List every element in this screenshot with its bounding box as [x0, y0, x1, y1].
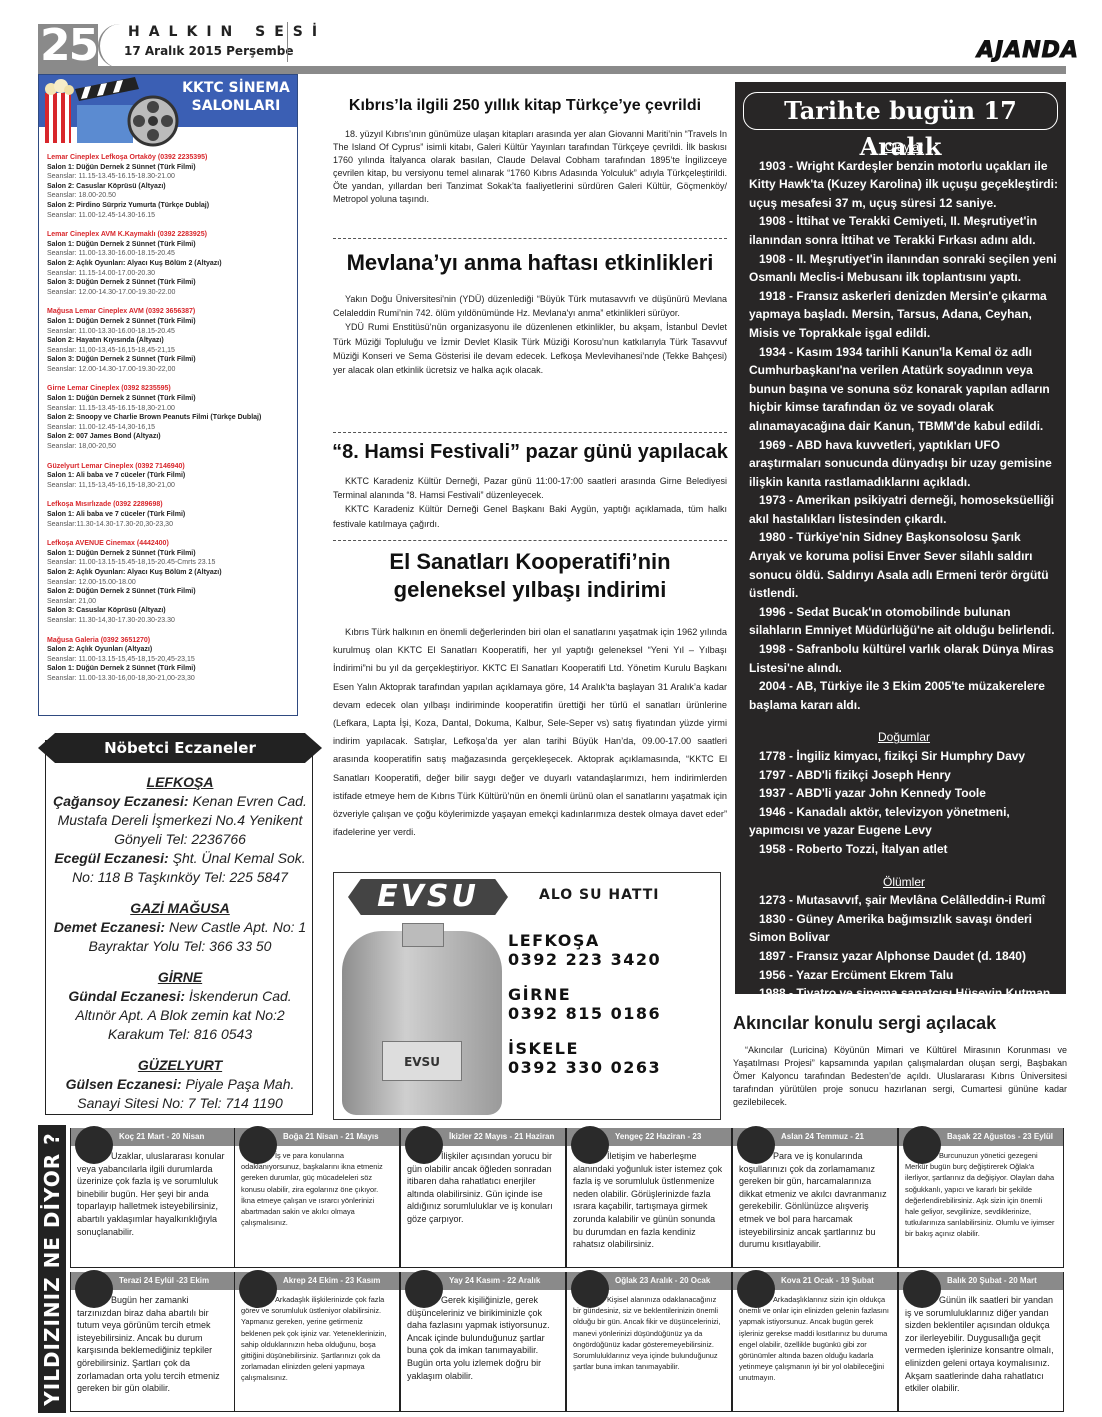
book-body: 18. yüzyıl Kıbrıs’ının günümüze ulaşan k… [333, 128, 727, 206]
pharmacy-entry: Gülsen Eczanesi: Piyale Paşa Mah. Sanayi… [50, 1075, 310, 1113]
horoscope-card: Yengeç 22 Haziran - 23 Temmuzİletişim ve… [566, 1128, 732, 1268]
book-headline: Kıbrıs’la ilgili 250 yıllık kitap Türkçe… [320, 96, 730, 116]
theater-name: Mağusa Lemar Cineplex AVM (0392 3656387) [47, 307, 295, 317]
theater-name: Lemar Cineplex AVM K.Kaymaklı (0392 2283… [47, 230, 295, 240]
contact-phone: 0392 330 0263 [508, 1058, 661, 1077]
showtimes: Seanslar: 12.00-15.00-18.00 [47, 578, 295, 588]
screen-title: Salon 1: Düğün Dernek 2 Sünnet (Türk Fil… [47, 317, 295, 327]
history-item: 1934 - Kasım 1934 tarihli Kanun'la Kemal… [749, 343, 1059, 436]
history-item: 1998 - Safranbolu kültürel varlık olarak… [749, 640, 1059, 677]
ad-contact: İSKELE0392 330 0263 [508, 1039, 661, 1077]
akincilar-headline: Akıncılar konulu sergi açılacak [733, 1012, 996, 1034]
page-number: 25 [38, 24, 98, 68]
horoscope-card: Balık 20 Şubat - 20 MartGünün ilk saatle… [898, 1272, 1064, 1412]
paragraph: 18. yüzyıl Kıbrıs’ının günümüze ulaşan k… [333, 128, 727, 206]
bull-icon [239, 1126, 277, 1164]
screen-title: Salon 2: Düğün Dernek 2 Sünnet (Türk Fil… [47, 587, 295, 597]
sign-reading: Arkadaşlık ilişkilerinizde çok fazla gör… [241, 1295, 386, 1382]
paragraph: KKTC Karadeniz Kültür Derneği Genel Başk… [333, 502, 727, 530]
pharmacy-name: Gülsen Eczanesi: [66, 1076, 182, 1092]
archer-icon [405, 1270, 443, 1308]
showtimes: Seanslar: 11,00-13,45-16,15-18,45-21,15 [47, 346, 295, 356]
theater-name: Lefkoşa Mısırlızade (0392 2289698) [47, 500, 295, 510]
pharmacy-name: Çağansoy Eczanesi: [53, 793, 188, 809]
paragraph: KKTC Karadeniz Kültür Derneği, Pazar gün… [333, 474, 727, 502]
cinema-banner: KKTC SİNEMA SALONLARI [39, 75, 297, 127]
screen-title: Salon 1: Düğün Dernek 2 Sünnet (Türk Fil… [47, 240, 295, 250]
history-item: 1958 - Roberto Tozzi, İtalyan atlet [749, 840, 1059, 859]
sign-reading: Bugün her zamanki tarzınızdan biraz daha… [77, 1295, 220, 1393]
showtimes: Seanslar: 12.00-14.30-17.00-19.30-22,00 [47, 365, 295, 375]
pharmacy-box: Nöbetci Eczaneler LEFKOŞAÇağansoy Eczane… [45, 740, 313, 1115]
showtimes: Seanslar: 11.00-13.15-15,45-18,15-20,45-… [47, 655, 295, 665]
virgin-icon [903, 1126, 941, 1164]
horoscope-card: Boğa 21 Nisan - 21 Mayısİş ve para konul… [234, 1128, 400, 1268]
water-bearer-icon [737, 1270, 775, 1308]
divider [333, 432, 727, 433]
contact-city: GİRNE [508, 985, 661, 1004]
history-section-heading: Doğumlar [749, 728, 1059, 747]
screen-title: Salon 2: Açlık Oyunları (Altyazı) [47, 645, 295, 655]
paragraph: Yakın Doğu Üniversitesi'nin (YDÜ) düzenl… [333, 292, 727, 320]
screen-title: Salon 3: Düğün Dernek 2 Sünnet (Türk Fil… [47, 355, 295, 365]
popcorn-clapper-film-reel-icon [41, 71, 191, 147]
cinema-title: KKTC SİNEMA SALONLARI [181, 79, 291, 115]
history-item: 1946 - Kanadalı aktör, televizyon yönetm… [749, 803, 1059, 840]
cinema-listings: KKTC SİNEMA SALONLARI Lemar Cineplex Lef… [38, 74, 298, 716]
theater-block: Güzelyurt Lemar Cineplex (0392 7146940)S… [47, 462, 295, 491]
showtimes: Seanslar: 18.00-20.50 [47, 191, 295, 201]
contact-phone: 0392 223 3420 [508, 950, 661, 969]
pharmacy-entry: Çağansoy Eczanesi: Kenan Evren Cad. Must… [50, 792, 310, 849]
ad-contact: GİRNE0392 815 0186 [508, 985, 661, 1023]
paragraph: “Akıncılar (Luricina) Köyünün Mimari ve … [733, 1044, 1067, 1109]
showtimes: Seanslar:11.30-14.30-17.30-20,30-23,30 [47, 520, 295, 530]
pharmacy-city: GAZİ MAĞUSA [50, 899, 310, 918]
showtimes: Seanslar: 11.00-13.30-16.00-18.15-20.45 [47, 327, 295, 337]
history-item: 1937 - ABD'li yazar John Kennedy Toole [749, 784, 1059, 803]
horoscope-card: Yay 24 Kasım - 22 AralıkGerek kişiliğini… [400, 1272, 566, 1412]
history-list: Olaylar1903 - Wright Kardeşler benzin mo… [749, 138, 1059, 1003]
showtimes: Seanslar: 21,00 [47, 597, 295, 607]
showtimes: Seanslar: 11.00-13.15-15.45-18,15-20.45-… [47, 558, 295, 568]
crafts-headline: El Sanatları Kooperatifi’nin geleneksel … [330, 548, 730, 604]
hamsi-headline: “8. Hamsi Festivali” pazar günü yapılaca… [330, 440, 730, 464]
issue-date: 17 Aralık 2015 Perşembe [124, 44, 294, 58]
sign-reading: Gerek kişiliğinizle, gerek düşüncelerini… [407, 1295, 550, 1381]
theater-block: Lefkoşa Mısırlızade (0392 2289698)Salon … [47, 500, 295, 529]
pharmacy-entry: Ecegül Eczanesi: Şht. Ünal Kemal Sok. No… [50, 849, 310, 887]
history-title: Tarihte bugün 17 Aralık [743, 92, 1058, 130]
cinema-title-line2: SALONLARI [181, 97, 291, 115]
contact-city: İSKELE [508, 1039, 661, 1058]
theater-block: Mağusa Galeria (0392 3651270)Salon 2: Aç… [47, 636, 295, 684]
sign-reading: Arkadaşlıklarınız sizin için oldukça öne… [739, 1295, 889, 1382]
history-item: 2004 - AB, Türkiye ile 3 Ekim 2005'te mü… [749, 677, 1059, 714]
water-bottle-icon: EVSU [342, 931, 502, 1115]
sign-reading: Para ve iş konularında koşullarınızı çok… [739, 1151, 887, 1249]
history-item: 1830 - Güney Amerika bağımsızlık savaşı … [749, 910, 1059, 947]
header-bar [38, 66, 1066, 74]
history-section-heading: Olaylar [749, 138, 1059, 157]
horoscope-card: Kova 21 Ocak - 19 ŞubatArkadaşlıklarınız… [732, 1272, 898, 1412]
theater-name: Güzelyurt Lemar Cineplex (0392 7146940) [47, 462, 295, 472]
horoscope-card: Akrep 24 Ekim - 23 KasımArkadaşlık ilişk… [234, 1272, 400, 1412]
section-title: AJANDA [977, 38, 1079, 63]
ad-contact: LEFKOŞA0392 223 3420 [508, 931, 661, 969]
horoscope-card: Oğlak 23 Aralık - 20 OcakKişisel alanını… [566, 1272, 732, 1412]
cinema-title-line1: KKTC SİNEMA [181, 79, 291, 97]
showtimes: Seanslar: 11.00-13.30-16,00-18,30-21,00-… [47, 674, 295, 684]
scorpion-icon [239, 1270, 277, 1308]
sign-reading: İletişim ve haberleşme alanındaki yoğunl… [573, 1151, 722, 1249]
theater-block: Lefkoşa AVENUE Cinemax (4442400)Salon 1:… [47, 539, 295, 625]
theater-block: Mağusa Lemar Cineplex AVM (0392 3656387)… [47, 307, 295, 374]
screen-title: Salon 3: Düğün Dernek 2 Sünnet (Türk Fil… [47, 278, 295, 288]
theater-name: Lefkoşa AVENUE Cinemax (4442400) [47, 539, 295, 549]
showtimes: Seanslar: 11.30-14,30-17.30-20.30-23.30 [47, 616, 295, 626]
goat-icon [571, 1270, 609, 1308]
scales-icon [75, 1270, 113, 1308]
divider [333, 540, 727, 541]
horoscope-title: YILDIZINIZ NE DİYOR ? [40, 1132, 64, 1405]
headline-line: El Sanatları Kooperatifi’nin [330, 548, 730, 576]
ram-icon [75, 1126, 113, 1164]
history-item: 1797 - ABD'li fizikçi Joseph Henry [749, 766, 1059, 785]
divider [333, 238, 727, 239]
screen-title: Salon 2: Casuslar Köprüsü (Altyazı) [47, 182, 295, 192]
showtimes: Seanslar: 11.00-13.30-16.00-18.15-20.45 [47, 249, 295, 259]
history-item: 1996 - Sedat Bucak'ın otomobilinde bulun… [749, 603, 1059, 640]
history-item: 1897 - Fransız yazar Alphonse Daudet (d.… [749, 947, 1059, 966]
screen-title: Salon 2: 007 James Bond (Altyazı) [47, 432, 295, 442]
showtimes: Seanslar: 11,15-13,45-16,15-18,30-21,00 [47, 481, 295, 491]
akincilar-body: “Akıncılar (Luricina) Köyünün Mimari ve … [733, 1044, 1067, 1109]
paragraph: YDÜ Rumi Enstitüsü’nün organizasyonu ile… [333, 320, 727, 377]
showtimes: Seanslar: 11.15-14.00-17.00-20.30 [47, 269, 295, 279]
screen-title: Salon 1: Düğün Dernek 2 Sünnet (Türk Fil… [47, 163, 295, 173]
history-item: 1778 - İngiliz kimyacı, fizikçi Sir Hump… [749, 747, 1059, 766]
screen-title: Salon 2: Pirdino Sürpriz Yumurta (Türkçe… [47, 201, 295, 211]
screen-title: Salon 1: Ali baba ve 7 cüceler (Türk Fil… [47, 471, 295, 481]
history-item: 1956 - Yazar Ercüment Ekrem Talu [749, 966, 1059, 985]
showtimes: Seanslar: 11.00-12.45-14,30-16,15 [47, 423, 295, 433]
mevlana-headline: Mevlana’yı anma haftası etkinlikleri [330, 250, 730, 276]
twins-icon [405, 1126, 443, 1164]
contact-phone: 0392 815 0186 [508, 1004, 661, 1023]
contact-city: LEFKOŞA [508, 931, 661, 950]
horoscope-card: Koç 21 Mart - 20 NisanUzaklar, uluslarar… [70, 1128, 236, 1268]
bottle-label: EVSU [382, 1041, 462, 1081]
history-item: 1908 - II. Meşrutiyet'in ilanından sonra… [749, 250, 1059, 287]
showtimes: Seanslar: 11.00-12.45-14.30-16.15 [47, 211, 295, 221]
screen-title: Salon 1: Düğün Dernek 2 Sünnet (Türk Fil… [47, 549, 295, 559]
mevlana-body: Yakın Doğu Üniversitesi'nin (YDÜ) düzenl… [333, 292, 727, 377]
pharmacy-name: Demet Eczanesi: [54, 919, 165, 935]
sign-reading: Günün ilk saatleri bir yandan iş ve soru… [905, 1295, 1054, 1393]
header-divider [287, 22, 288, 62]
history-item: 1903 - Wright Kardeşler benzin motorlu u… [749, 157, 1059, 213]
theater-block: Girne Lemar Cineplex (0392 8235595)Salon… [47, 384, 295, 451]
evsu-logo: EVSU [348, 879, 508, 915]
history-section-heading: Ölümler [749, 873, 1059, 892]
screen-title: Salon 1: Düğün Dernek 2 Sünnet (Türk Fil… [47, 664, 295, 674]
pharmacy-city: LEFKOŞA [50, 773, 310, 792]
screen-title: Salon 3: Casuslar Köprüsü (Altyazı) [47, 606, 295, 616]
theater-name: Mağusa Galeria (0392 3651270) [47, 636, 295, 646]
screen-title: Salon 2: Hayatın Kıyısında (Altyazı) [47, 336, 295, 346]
horoscope-card: Başak 22 Ağustos - 23 EylülBurcunuzun yö… [898, 1128, 1064, 1268]
hamsi-body: KKTC Karadeniz Kültür Derneği, Pazar gün… [333, 474, 727, 531]
history-item: 1273 - Mutasavvıf, şair Mevlâna Celâlled… [749, 891, 1059, 910]
pharmacy-name: Gündal Eczanesi: [68, 988, 185, 1004]
paragraph: Kıbrıs Türk halkının en önemli değerleri… [333, 623, 727, 841]
theater-name: Lemar Cineplex Lefkoşa Ortaköy (0392 223… [47, 153, 295, 163]
showtimes: Seanslar: 12.00-14.30-17.00-19.30-22.00 [47, 288, 295, 298]
history-item: 1969 - ABD hava kuvvetleri, yaptıkları U… [749, 436, 1059, 492]
screen-title: Salon 2: Açlık Oyunları: Alyacı Kuş Bölü… [47, 568, 295, 578]
sign-reading: Uzaklar, uluslararası konular veya yaban… [77, 1151, 225, 1237]
pharmacy-list: LEFKOŞAÇağansoy Eczanesi: Kenan Evren Ca… [50, 773, 310, 1113]
history-item: 1980 - Türkiye'nin Sidney Başkonsolosu Ş… [749, 528, 1059, 602]
newspaper-name: HALKIN SESİ [128, 24, 326, 40]
pharmacy-entry: Demet Eczanesi: New Castle Apt. No: 1 Ba… [50, 918, 310, 956]
horoscope-card: Aslan 24 Temmuz - 21 AğustosPara ve iş k… [732, 1128, 898, 1268]
theater-block: Lemar Cineplex Lefkoşa Ortaköy (0392 223… [47, 153, 295, 220]
screen-title: Salon 1: Düğün Dernek 2 Sünnet (Türk Fil… [47, 394, 295, 404]
pharmacy-city: GİRNE [50, 968, 310, 987]
headline-line: geleneksel yılbaşı indirimi [330, 576, 730, 604]
history-item: 1988 - Tiyatro ve sinema sanatçısı Hüsey… [749, 984, 1059, 1003]
history-item: 1908 - İttihat ve Terakki Cemiyeti, II. … [749, 212, 1059, 249]
fish-icon [903, 1270, 941, 1308]
screen-title: Salon 2: Açlık Oyunları: Alyacı Kuş Bölü… [47, 259, 295, 269]
crafts-body: Kıbrıs Türk halkının en önemli değerleri… [333, 623, 727, 841]
ad-slogan: ALO SU HATTI [539, 887, 659, 903]
showtimes: Seanslar: 11.15-13.45-16.15-18,30-21.00 [47, 404, 295, 414]
ad-contacts: LEFKOŞA0392 223 3420 GİRNE0392 815 0186 … [508, 931, 661, 1093]
pharmacy-entry: Gündal Eczanesi: İskenderun Cad. Altınör… [50, 987, 310, 1044]
pharmacy-title: Nöbetci Eczaneler [38, 733, 322, 763]
theater-block: Lemar Cineplex AVM K.Kaymaklı (0392 2283… [47, 230, 295, 297]
pharmacy-city: GÜZELYURT [50, 1056, 310, 1075]
horoscope-card: İkizler 22 Mayıs - 21 Haziranİlişkiler a… [400, 1128, 566, 1268]
screen-title: Salon 2: Snoopy ve Charlie Brown Peanuts… [47, 413, 295, 423]
showtimes: Seanslar: 11.15-13.45-16.15-18.30-21.00 [47, 172, 295, 182]
horoscope-title-bar: YILDIZINIZ NE DİYOR ? [38, 1125, 66, 1413]
screen-title: Salon 1: Ali baba ve 7 cüceler (Türk Fil… [47, 510, 295, 520]
history-today-box: Tarihte bugün 17 Aralık Olaylar1903 - Wr… [735, 82, 1066, 994]
evsu-advertisement: EVSU ALO SU HATTI EVSU LEFKOŞA0392 223 3… [333, 872, 721, 1120]
pharmacy-name: Ecegül Eczanesi: [54, 850, 168, 866]
theater-list: Lemar Cineplex Lefkoşa Ortaköy (0392 223… [47, 153, 295, 694]
lion-icon [737, 1126, 775, 1164]
horoscope-card: Terazi 24 Eylül -23 EkimBugün her zamank… [70, 1272, 236, 1412]
history-item: 1973 - Amerikan psikiyatri derneği, homo… [749, 491, 1059, 528]
showtimes: Seanslar: 18,00-20,50 [47, 442, 295, 452]
sign-reading: Burcunuzun yönetici gezegeni Merkür bugü… [905, 1151, 1055, 1238]
history-item: 1918 - Fransız askerleri denizden Mersin… [749, 287, 1059, 343]
crab-icon [571, 1126, 609, 1164]
theater-name: Girne Lemar Cineplex (0392 8235595) [47, 384, 295, 394]
